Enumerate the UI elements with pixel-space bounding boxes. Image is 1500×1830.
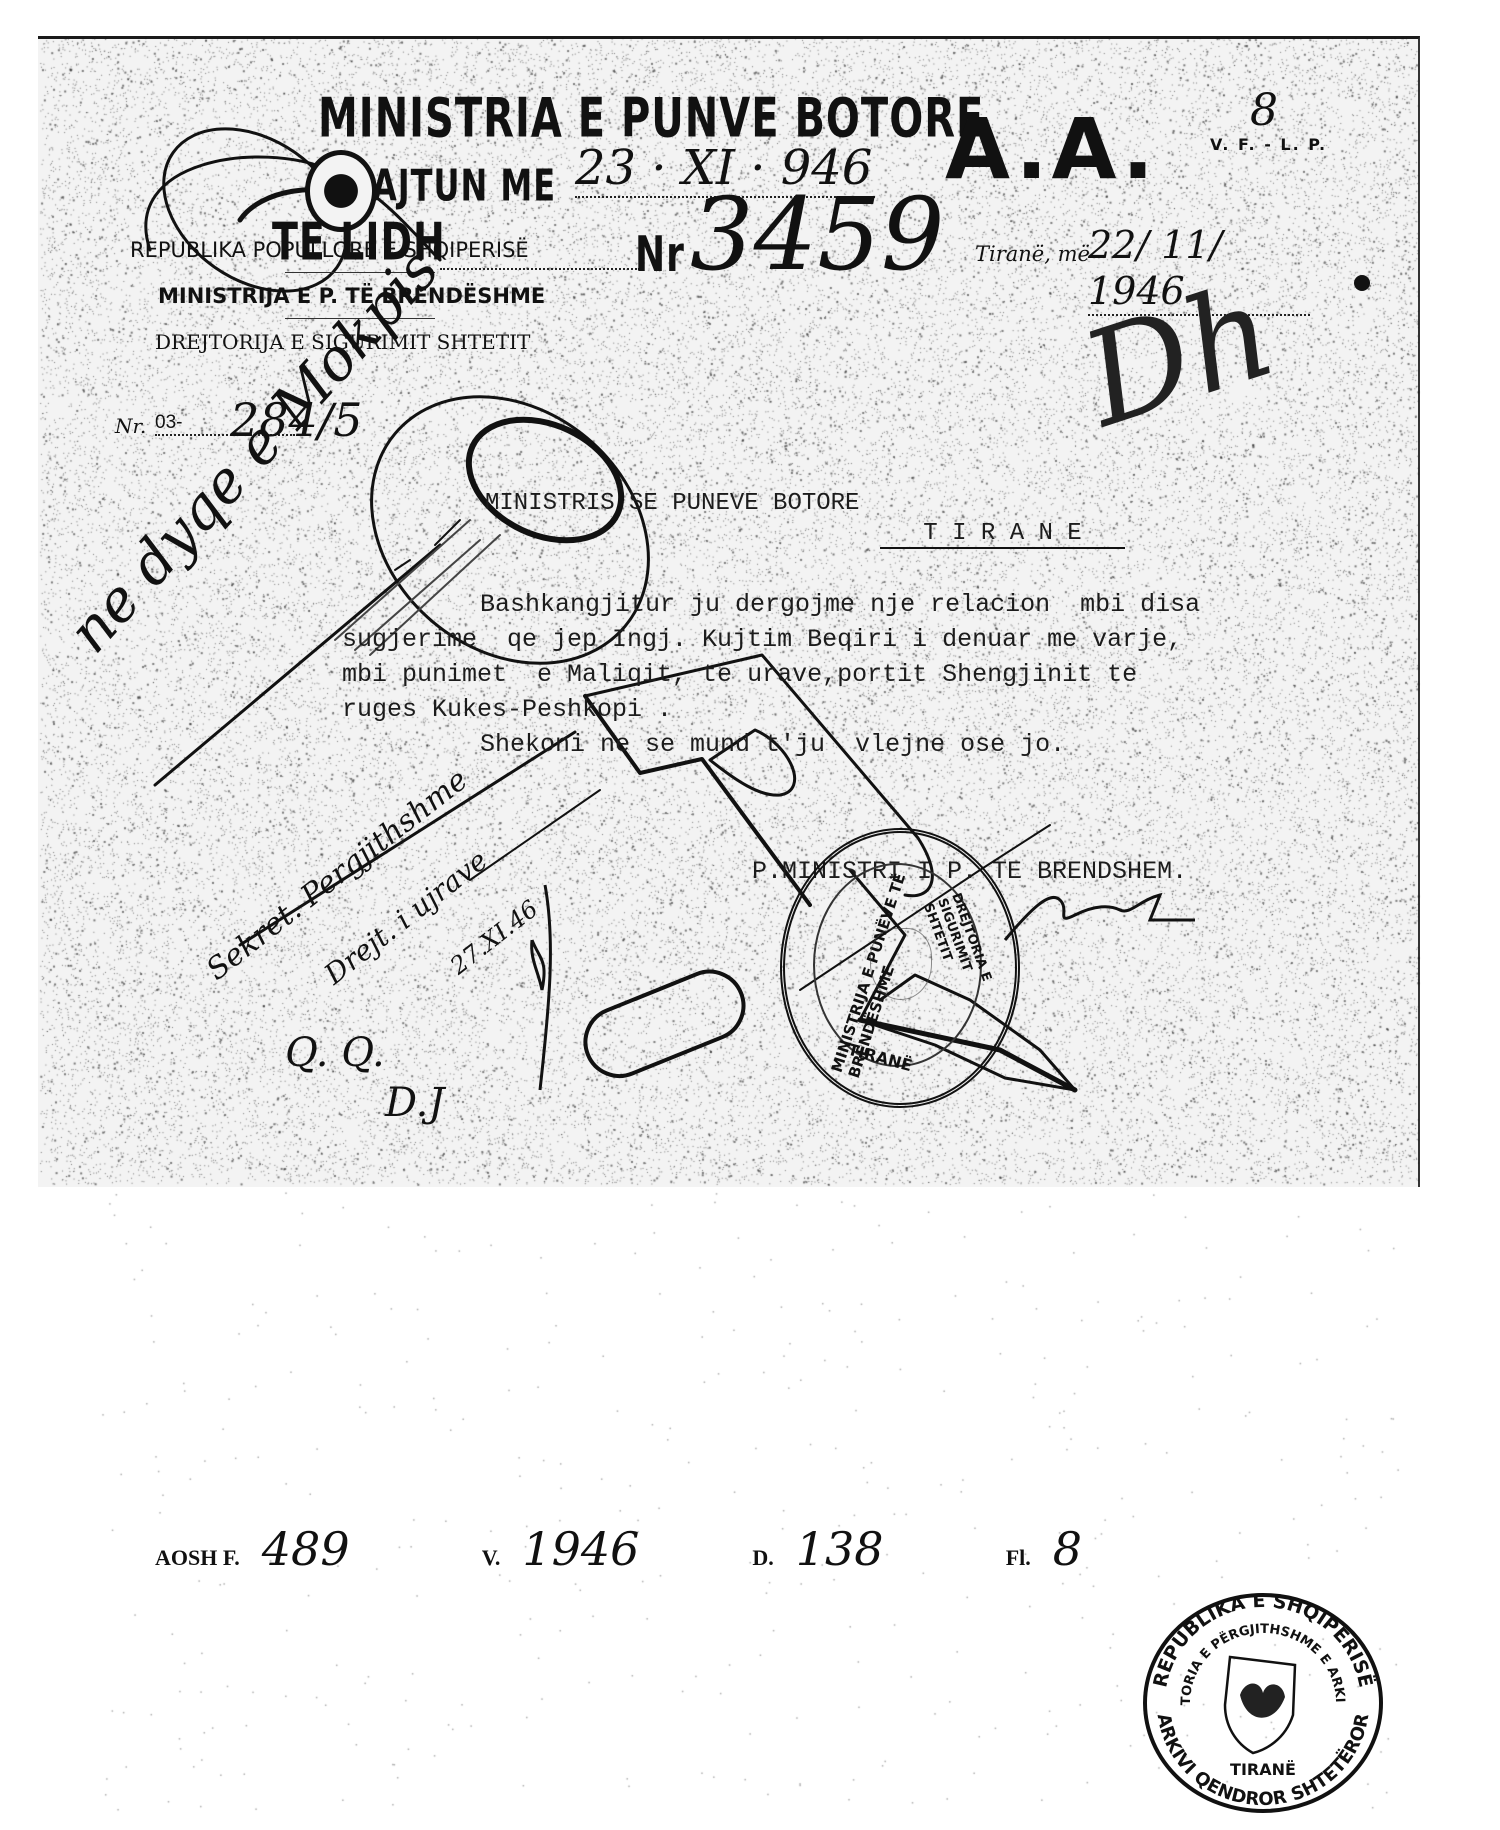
received-number-label: Nr: [635, 228, 685, 283]
year-value: 1946: [522, 1522, 752, 1576]
year-label: V.: [482, 1545, 501, 1571]
fond-label: AOSH F.: [155, 1545, 240, 1571]
lower-note-initials: Q. Q.: [285, 1030, 385, 1076]
body-line-2: sugjerime qe jep Ingj. Kujtim Beqiri i d…: [342, 625, 1182, 654]
ministry-seal: MINISTRIJA E PUNËVE TË BRENDËSHME DREJTO…: [780, 828, 1020, 1108]
body-line-3: mbi punimet e Maliqit, te urave,portit S…: [342, 660, 1137, 689]
received-number-value: 3459: [690, 185, 945, 285]
svg-text:REPUBLIKA E SHQIPËRISË: REPUBLIKA E SHQIPËRISË: [1149, 1590, 1378, 1690]
closing-line: Shekoni ne se mund t'ju vlejne ose jo.: [480, 730, 1065, 759]
folio-value: 8: [1053, 1522, 1082, 1576]
lower-note-sign: D.J: [385, 1080, 444, 1126]
archive-stamp-city: TIRANË: [1230, 1760, 1296, 1779]
folio-label: Fl.: [1006, 1545, 1031, 1571]
body-line-4: ruges Kukes-Peshkopi .: [342, 695, 672, 724]
signature-scribble: [1000, 880, 1200, 950]
dossier-label: D.: [752, 1545, 773, 1571]
archive-reference-footer: AOSH F. 489 V. 1946 D. 138 Fl. 8: [155, 1522, 1082, 1576]
register-dotted-line: [440, 268, 640, 270]
lower-note-vertical-stroke: [520, 880, 560, 1100]
place-date-label: Tiranë, më: [975, 242, 1090, 266]
archive-stamp: REPUBLIKA E SHQIPËRISË DREJTORIA E PËRGJ…: [1135, 1585, 1395, 1815]
seal-eagle-emblem: [870, 928, 932, 1000]
addressee-line2: T I R A N E: [880, 520, 1125, 549]
classification-mark: A.A.: [945, 100, 1158, 198]
page-number-top: 8: [1250, 85, 1278, 136]
printer-code: V. F. - L. P.: [1210, 135, 1327, 154]
archive-stamp-outer-top: REPUBLIKA E SHQIPËRISË: [1149, 1590, 1378, 1690]
punch-hole-mark: [1354, 275, 1370, 291]
reference-label: Nr.: [115, 414, 146, 438]
addressee-line1: MINISTRIS SE PUNEVE BOTORE: [485, 490, 859, 517]
fond-value: 489: [262, 1522, 482, 1576]
body-line-1: Bashkangjitur ju dergojme nje relacion m…: [480, 590, 1200, 619]
received-date-label: AJTUN ME: [372, 160, 556, 211]
dossier-value: 138: [796, 1522, 1006, 1576]
letterhead-republic: REPUBLIKA POPULLORE E SHQIPERISË: [130, 238, 529, 262]
